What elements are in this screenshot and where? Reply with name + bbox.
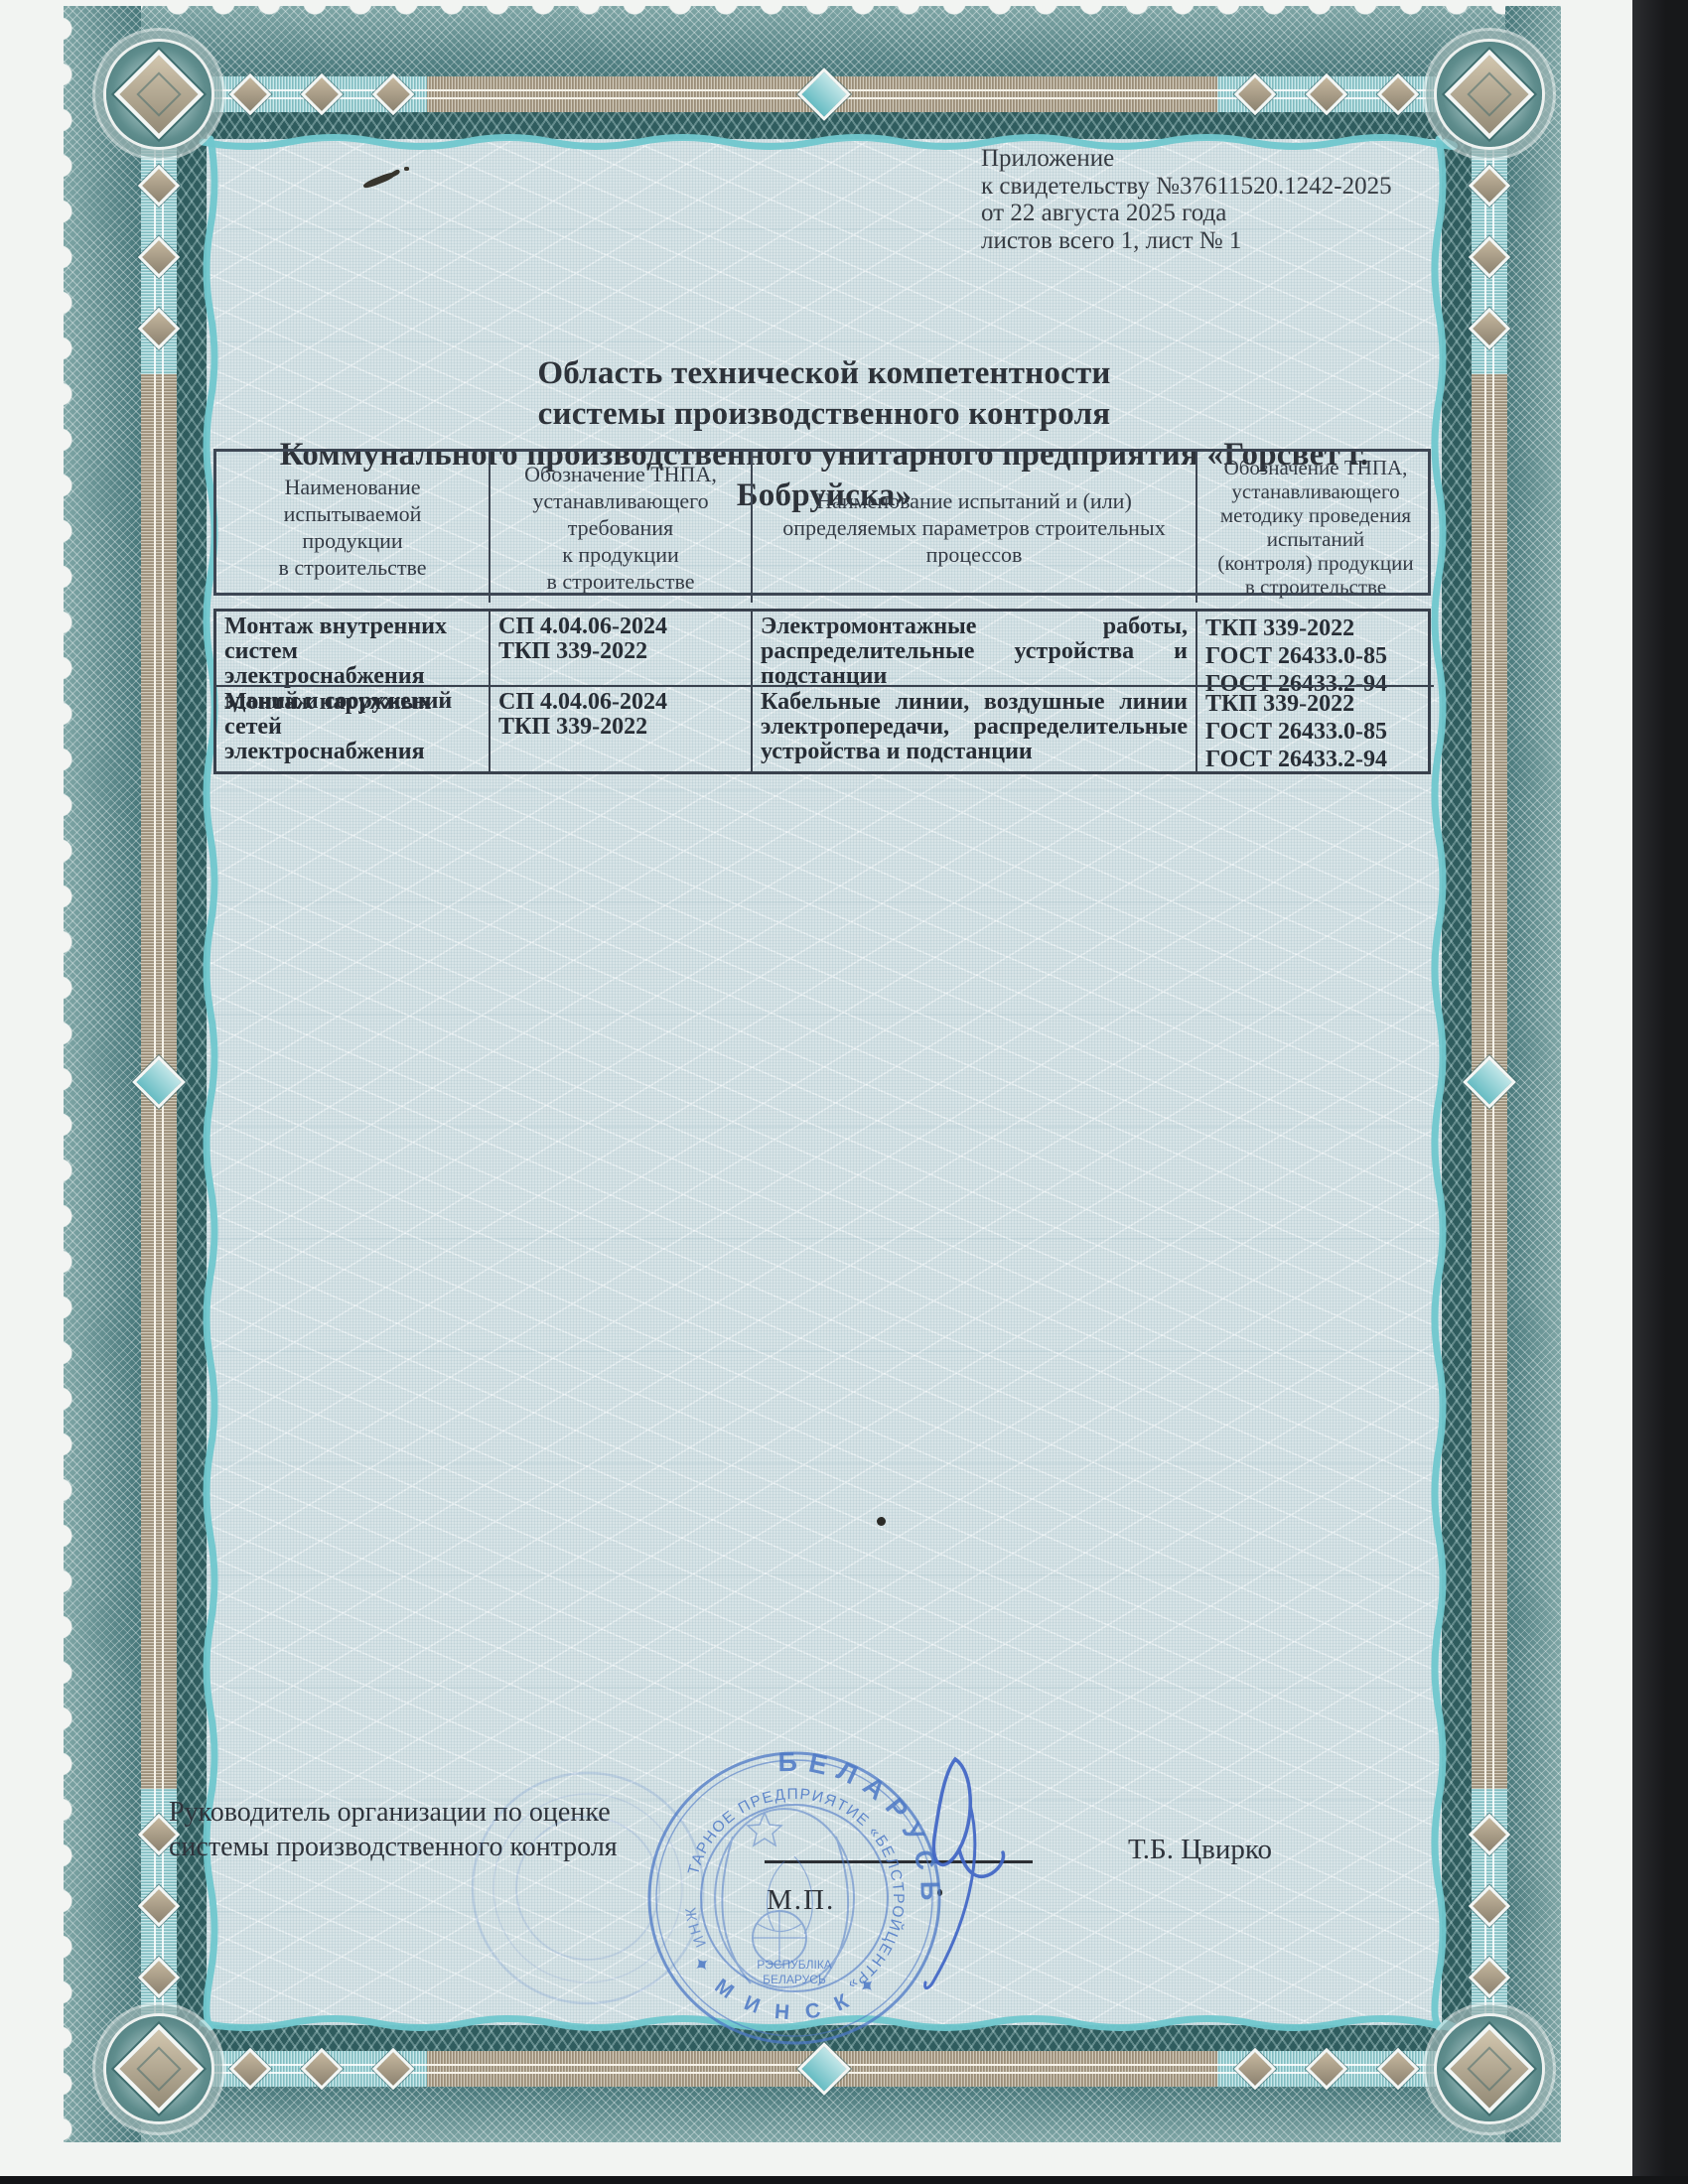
table-body: Монтаж внутренних систем электроснабжени…: [213, 609, 1431, 774]
signer-name: Т.Б. Цвирко: [1128, 1834, 1272, 1866]
table-cell-requirements: СП 4.04.06-2024 ТКП 339-2022: [491, 685, 753, 771]
title-line-2: системы производственного контроля: [207, 394, 1442, 435]
scanned-certificate: Приложение к свидетельству №37611520.124…: [0, 0, 1688, 2184]
stamp-ribbon-line1: РЭСПУБЛІКА: [757, 1958, 832, 1972]
scanner-background-bottom: [0, 2176, 1688, 2184]
table-cell-tests: Кабельные линии, воздушные линии электро…: [753, 685, 1197, 771]
note-line: листов всего 1, лист № 1: [981, 227, 1392, 255]
table-cell-product: Монтаж внутренних систем электроснабжени…: [216, 612, 491, 685]
note-line: от 22 августа 2025 года: [981, 200, 1392, 227]
table-cell-product: Монтаж наружных сетей электроснабжения: [216, 685, 491, 771]
round-stamp: БЕЛАРУСЬ ТАРНОЕ ПРЕДПРИЯТИЕ «БЕЛСТРОЙЦЕН…: [427, 1712, 1062, 2055]
scanner-background-right: [1632, 0, 1688, 2184]
table-cell-requirements: СП 4.04.06-2024 ТКП 339-2022: [491, 612, 753, 685]
table-header-product: Наименование испытываемой продукции в ст…: [216, 452, 491, 603]
table-header-row: Наименование испытываемой продукции в ст…: [213, 449, 1431, 596]
table-cell-methods: ТКП 339-2022 ГОСТ 26433.0-85 ГОСТ 26433.…: [1197, 685, 1434, 771]
stamp-ribbon-line2: БЕЛАРУСЬ: [763, 1973, 826, 1986]
table-header-methods: Обозначение ТНПА, устанавливающего метод…: [1197, 452, 1434, 603]
note-line: к свидетельству №37611520.1242-2025: [981, 173, 1392, 201]
competence-table: Наименование испытываемой продукции в ст…: [213, 449, 1431, 774]
table-cell-tests: Электромонтажные работы, распределительн…: [753, 612, 1197, 685]
table-header-tests: Наименование испытаний и (или) определяе…: [753, 452, 1197, 603]
ink-speck: [877, 1517, 886, 1526]
note-line: Приложение: [981, 145, 1392, 173]
title-line-1: Область технической компетентности: [207, 353, 1442, 394]
appendix-note: Приложение к свидетельству №37611520.124…: [981, 145, 1392, 254]
table-header-requirements: Обозначение ТНПА, устанавливающего требо…: [491, 452, 753, 603]
ink-smudge: [360, 165, 420, 195]
table-cell-methods: ТКП 339-2022 ГОСТ 26433.0-85 ГОСТ 26433.…: [1197, 612, 1434, 685]
